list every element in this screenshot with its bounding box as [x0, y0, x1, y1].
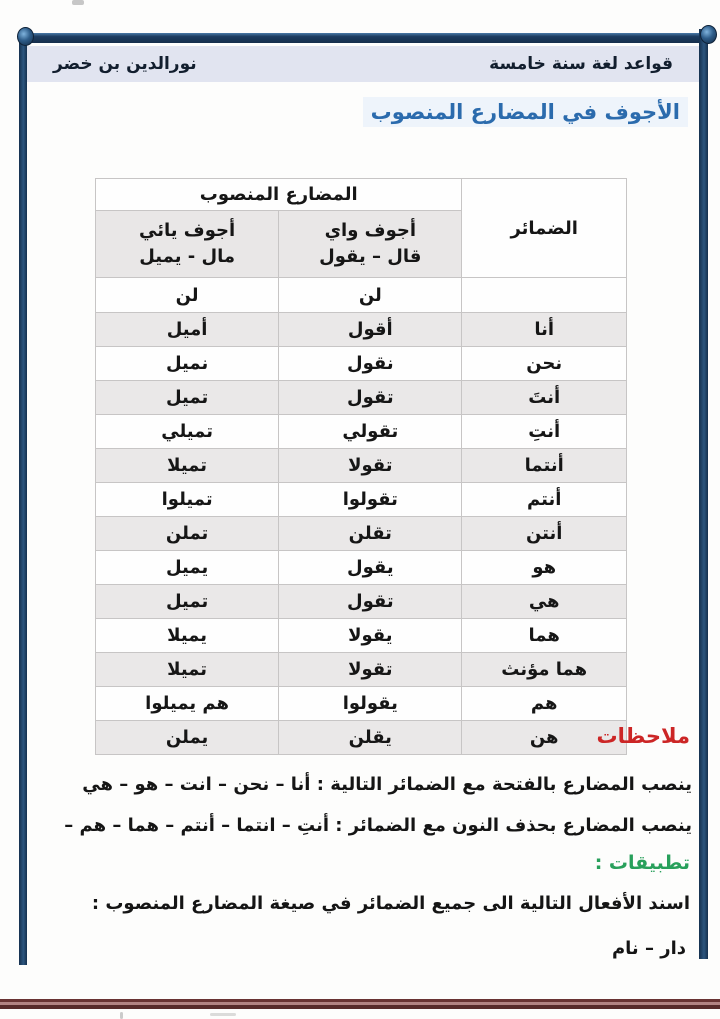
ya-verb-cell: تميلا — [96, 449, 279, 483]
waw-verb-cell: يقلن — [279, 721, 462, 755]
pronoun-cell: هي — [462, 585, 627, 619]
waw-verb-cell: تقولا — [279, 653, 462, 687]
waw-verb-cell: تقولي — [279, 415, 462, 449]
pronoun-cell: هو — [462, 551, 627, 585]
pronoun-cell: هم — [462, 687, 627, 721]
table-row: هو يقول يميل — [96, 551, 627, 585]
notes-heading: ملاحظات — [596, 724, 690, 748]
table-row: أنتم تقولوا تميلوا — [96, 483, 627, 517]
table-row: أنا أقول أميل — [96, 313, 627, 347]
ya-verb-cell: هم يميلوا — [96, 687, 279, 721]
ya-verb-cell: تميلا — [96, 653, 279, 687]
corner-pin-icon — [17, 27, 34, 46]
pronoun-cell: أنتن — [462, 517, 627, 551]
table-header-row: الضمائر المضارع المنصوب — [96, 179, 627, 211]
waw-header-line1: أجوف واي — [283, 218, 457, 244]
frame-top-bar — [22, 33, 706, 43]
pronoun-cell: هما — [462, 619, 627, 653]
header-course-label: قواعد لغة سنة خامسة — [489, 54, 673, 74]
waw-verb-cell: نقول — [279, 347, 462, 381]
waw-verb-cell: لن — [279, 278, 462, 313]
waw-verb-cell: تقولوا — [279, 483, 462, 517]
ya-verb-cell: تميل — [96, 381, 279, 415]
page-title: الأجوف في المضارع المنصوب — [363, 97, 688, 127]
table-row: هم يقولوا هم يميلوا — [96, 687, 627, 721]
pronoun-cell: هما مؤنث — [462, 653, 627, 687]
instruction-line: اسند الأفعال التالية الى جميع الضمائر في… — [92, 893, 690, 914]
waw-verb-cell: يقول — [279, 551, 462, 585]
ya-verb-cell: تميل — [96, 585, 279, 619]
waw-verb-cell: تقلن — [279, 517, 462, 551]
ya-verb-cell: تميلي — [96, 415, 279, 449]
ya-header-line1: أجوف يائي — [100, 218, 274, 244]
pronouns-column-header: الضمائر — [462, 179, 627, 278]
bottom-rule — [0, 999, 720, 1009]
waw-verb-cell: يقولوا — [279, 687, 462, 721]
note-line: ينصب المضارع بحذف النون مع الضمائر : أنت… — [64, 815, 692, 836]
table-row: نحن نقول نميل — [96, 347, 627, 381]
waw-verb-cell: يقولا — [279, 619, 462, 653]
ya-verb-cell: يميلا — [96, 619, 279, 653]
scan-artifact — [210, 1013, 236, 1016]
table-row: هي تقول تميل — [96, 585, 627, 619]
ya-verb-cell: تملن — [96, 517, 279, 551]
waw-verb-cell: تقولا — [279, 449, 462, 483]
header-author-label: نورالدين بن خضر — [53, 54, 197, 74]
waw-verb-cell: تقول — [279, 585, 462, 619]
conjugation-table: الضمائر المضارع المنصوب أجوف واي قال – ي… — [95, 178, 627, 755]
main-column-header: المضارع المنصوب — [96, 179, 462, 211]
pronoun-cell: أنتما — [462, 449, 627, 483]
table-row: أنتِ تقولي تميلي — [96, 415, 627, 449]
ya-verb-cell: يملن — [96, 721, 279, 755]
table-row: هن يقلن يملن — [96, 721, 627, 755]
table-row: أنتما تقولا تميلا — [96, 449, 627, 483]
header-band: قواعد لغة سنة خامسة نورالدين بن خضر — [27, 46, 699, 82]
practice-verbs: دار – نام — [612, 938, 686, 959]
frame-right-bar — [699, 29, 708, 959]
frame-left-bar — [19, 36, 27, 965]
ya-verb-cell: لن — [96, 278, 279, 313]
pronoun-cell: أنا — [462, 313, 627, 347]
table-row: هما يقولا يميلا — [96, 619, 627, 653]
ya-verb-cell: يميل — [96, 551, 279, 585]
table-row: هما مؤنث تقولا تميلا — [96, 653, 627, 687]
pronoun-cell: نحن — [462, 347, 627, 381]
table-row: أنتن تقلن تملن — [96, 517, 627, 551]
pronoun-cell: أنتِ — [462, 415, 627, 449]
ya-column-header: أجوف يائي مال - يميل — [96, 211, 279, 278]
waw-header-line2: قال – يقول — [283, 244, 457, 270]
applications-heading: تطبيقات : — [595, 852, 690, 874]
ya-verb-cell: تميلوا — [96, 483, 279, 517]
waw-verb-cell: أقول — [279, 313, 462, 347]
ya-header-line2: مال - يميل — [100, 244, 274, 270]
lan-particle-row: لن لن — [96, 278, 627, 313]
scan-artifact — [120, 1012, 123, 1019]
pronoun-cell: أنتَ — [462, 381, 627, 415]
table-row: أنتَ تقول تميل — [96, 381, 627, 415]
waw-column-header: أجوف واي قال – يقول — [279, 211, 462, 278]
scan-artifact — [72, 0, 84, 5]
pronoun-cell: أنتم — [462, 483, 627, 517]
note-line: ينصب المضارع بالفتحة مع الضمائر التالية … — [82, 774, 692, 795]
pronoun-cell — [462, 278, 627, 313]
waw-verb-cell: تقول — [279, 381, 462, 415]
ya-verb-cell: أميل — [96, 313, 279, 347]
corner-pin-icon — [700, 25, 717, 44]
document-page: قواعد لغة سنة خامسة نورالدين بن خضر الأج… — [0, 0, 720, 1019]
ya-verb-cell: نميل — [96, 347, 279, 381]
